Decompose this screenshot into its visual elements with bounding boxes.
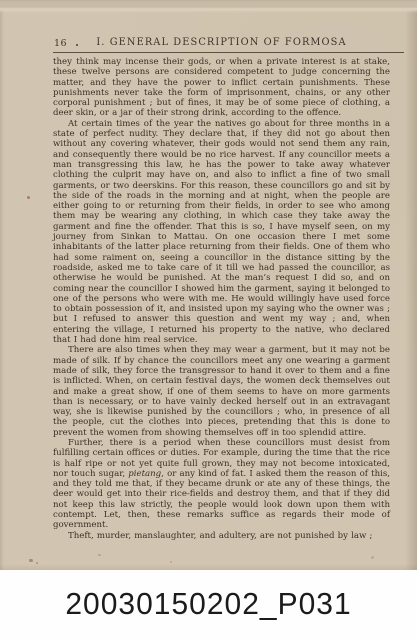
running-title: I. GENERAL DESCRIPTION OF FORMOSA bbox=[53, 37, 390, 48]
paper-speck bbox=[371, 556, 374, 559]
paper-speck bbox=[170, 561, 172, 563]
page-body: they think may incense their gods, or wh… bbox=[53, 57, 390, 541]
header-rule bbox=[53, 52, 404, 53]
book-page-scan: 16 I. GENERAL DESCRIPTION OF FORMOSA the… bbox=[0, 0, 417, 570]
paragraph: At certain times of the year the natives… bbox=[53, 119, 390, 346]
paragraph: Theft, murder, manslaughter, and adulter… bbox=[53, 531, 390, 541]
catalog-number: 20030150202_P031 bbox=[65, 588, 351, 623]
paper-speck bbox=[36, 562, 38, 564]
paper-speck bbox=[27, 196, 30, 199]
paragraph: they think may incense their gods, or wh… bbox=[53, 57, 390, 119]
screenshot-root: 16 I. GENERAL DESCRIPTION OF FORMOSA the… bbox=[0, 0, 417, 640]
italic-word: pietang bbox=[128, 469, 161, 479]
paper-speck bbox=[98, 554, 101, 556]
catalog-label-strip: 20030150202_P031 bbox=[0, 570, 417, 640]
paper-speck bbox=[29, 559, 33, 562]
paragraph: There are also times when they may wear … bbox=[53, 345, 390, 438]
paragraph: Further, there is a period when these co… bbox=[53, 438, 390, 531]
